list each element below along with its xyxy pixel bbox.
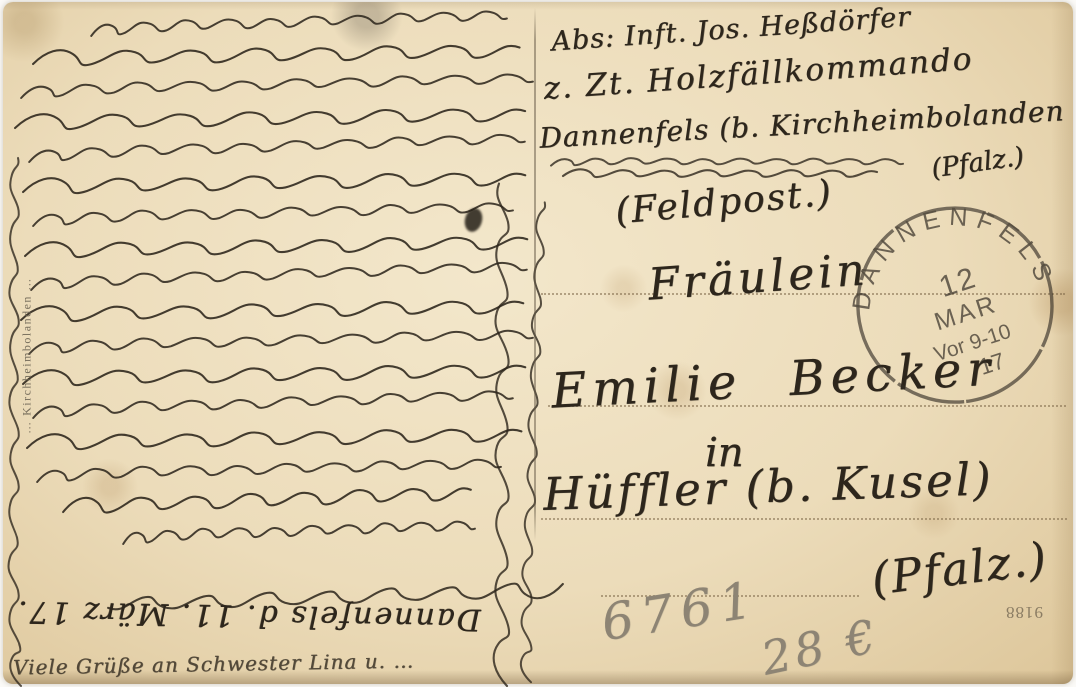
printed-card-number: 9188 <box>1005 602 1043 622</box>
sender-line-4: (Pfalz.) <box>929 142 1025 185</box>
sender-underline-flourish <box>551 158 903 177</box>
address-region: (Pfalz.) <box>868 531 1050 605</box>
center-divider-line <box>534 8 536 540</box>
address-place: Hüffler (b. Kusel) <box>542 452 994 521</box>
address-dotted-line-3 <box>541 518 1067 520</box>
pencil-number: 6761 <box>597 570 763 652</box>
postcard-scan: Abs: Inft. Jos. Heßdörfer z. Zt. Holzfäl… <box>0 0 1076 687</box>
postmark-stamp: DANNENFELS 12 MAR Vor 9-10 17 <box>831 181 1076 430</box>
publisher-imprint: … Kirchheimbolanden … <box>20 226 35 486</box>
feldpost-label: (Feldpost.) <box>614 173 835 233</box>
message-dateline-inverted: Dannenfels d. 11. März 17. <box>31 594 482 637</box>
message-block-lines <box>15 9 533 544</box>
postcard-back: Abs: Inft. Jos. Heßdörfer z. Zt. Holzfäl… <box>3 2 1073 684</box>
ink-blot <box>462 206 485 234</box>
message-bottom-greeting: Viele Grüße an Schwester Lina u. … <box>13 649 415 680</box>
pencil-price: 28 € <box>757 608 884 685</box>
